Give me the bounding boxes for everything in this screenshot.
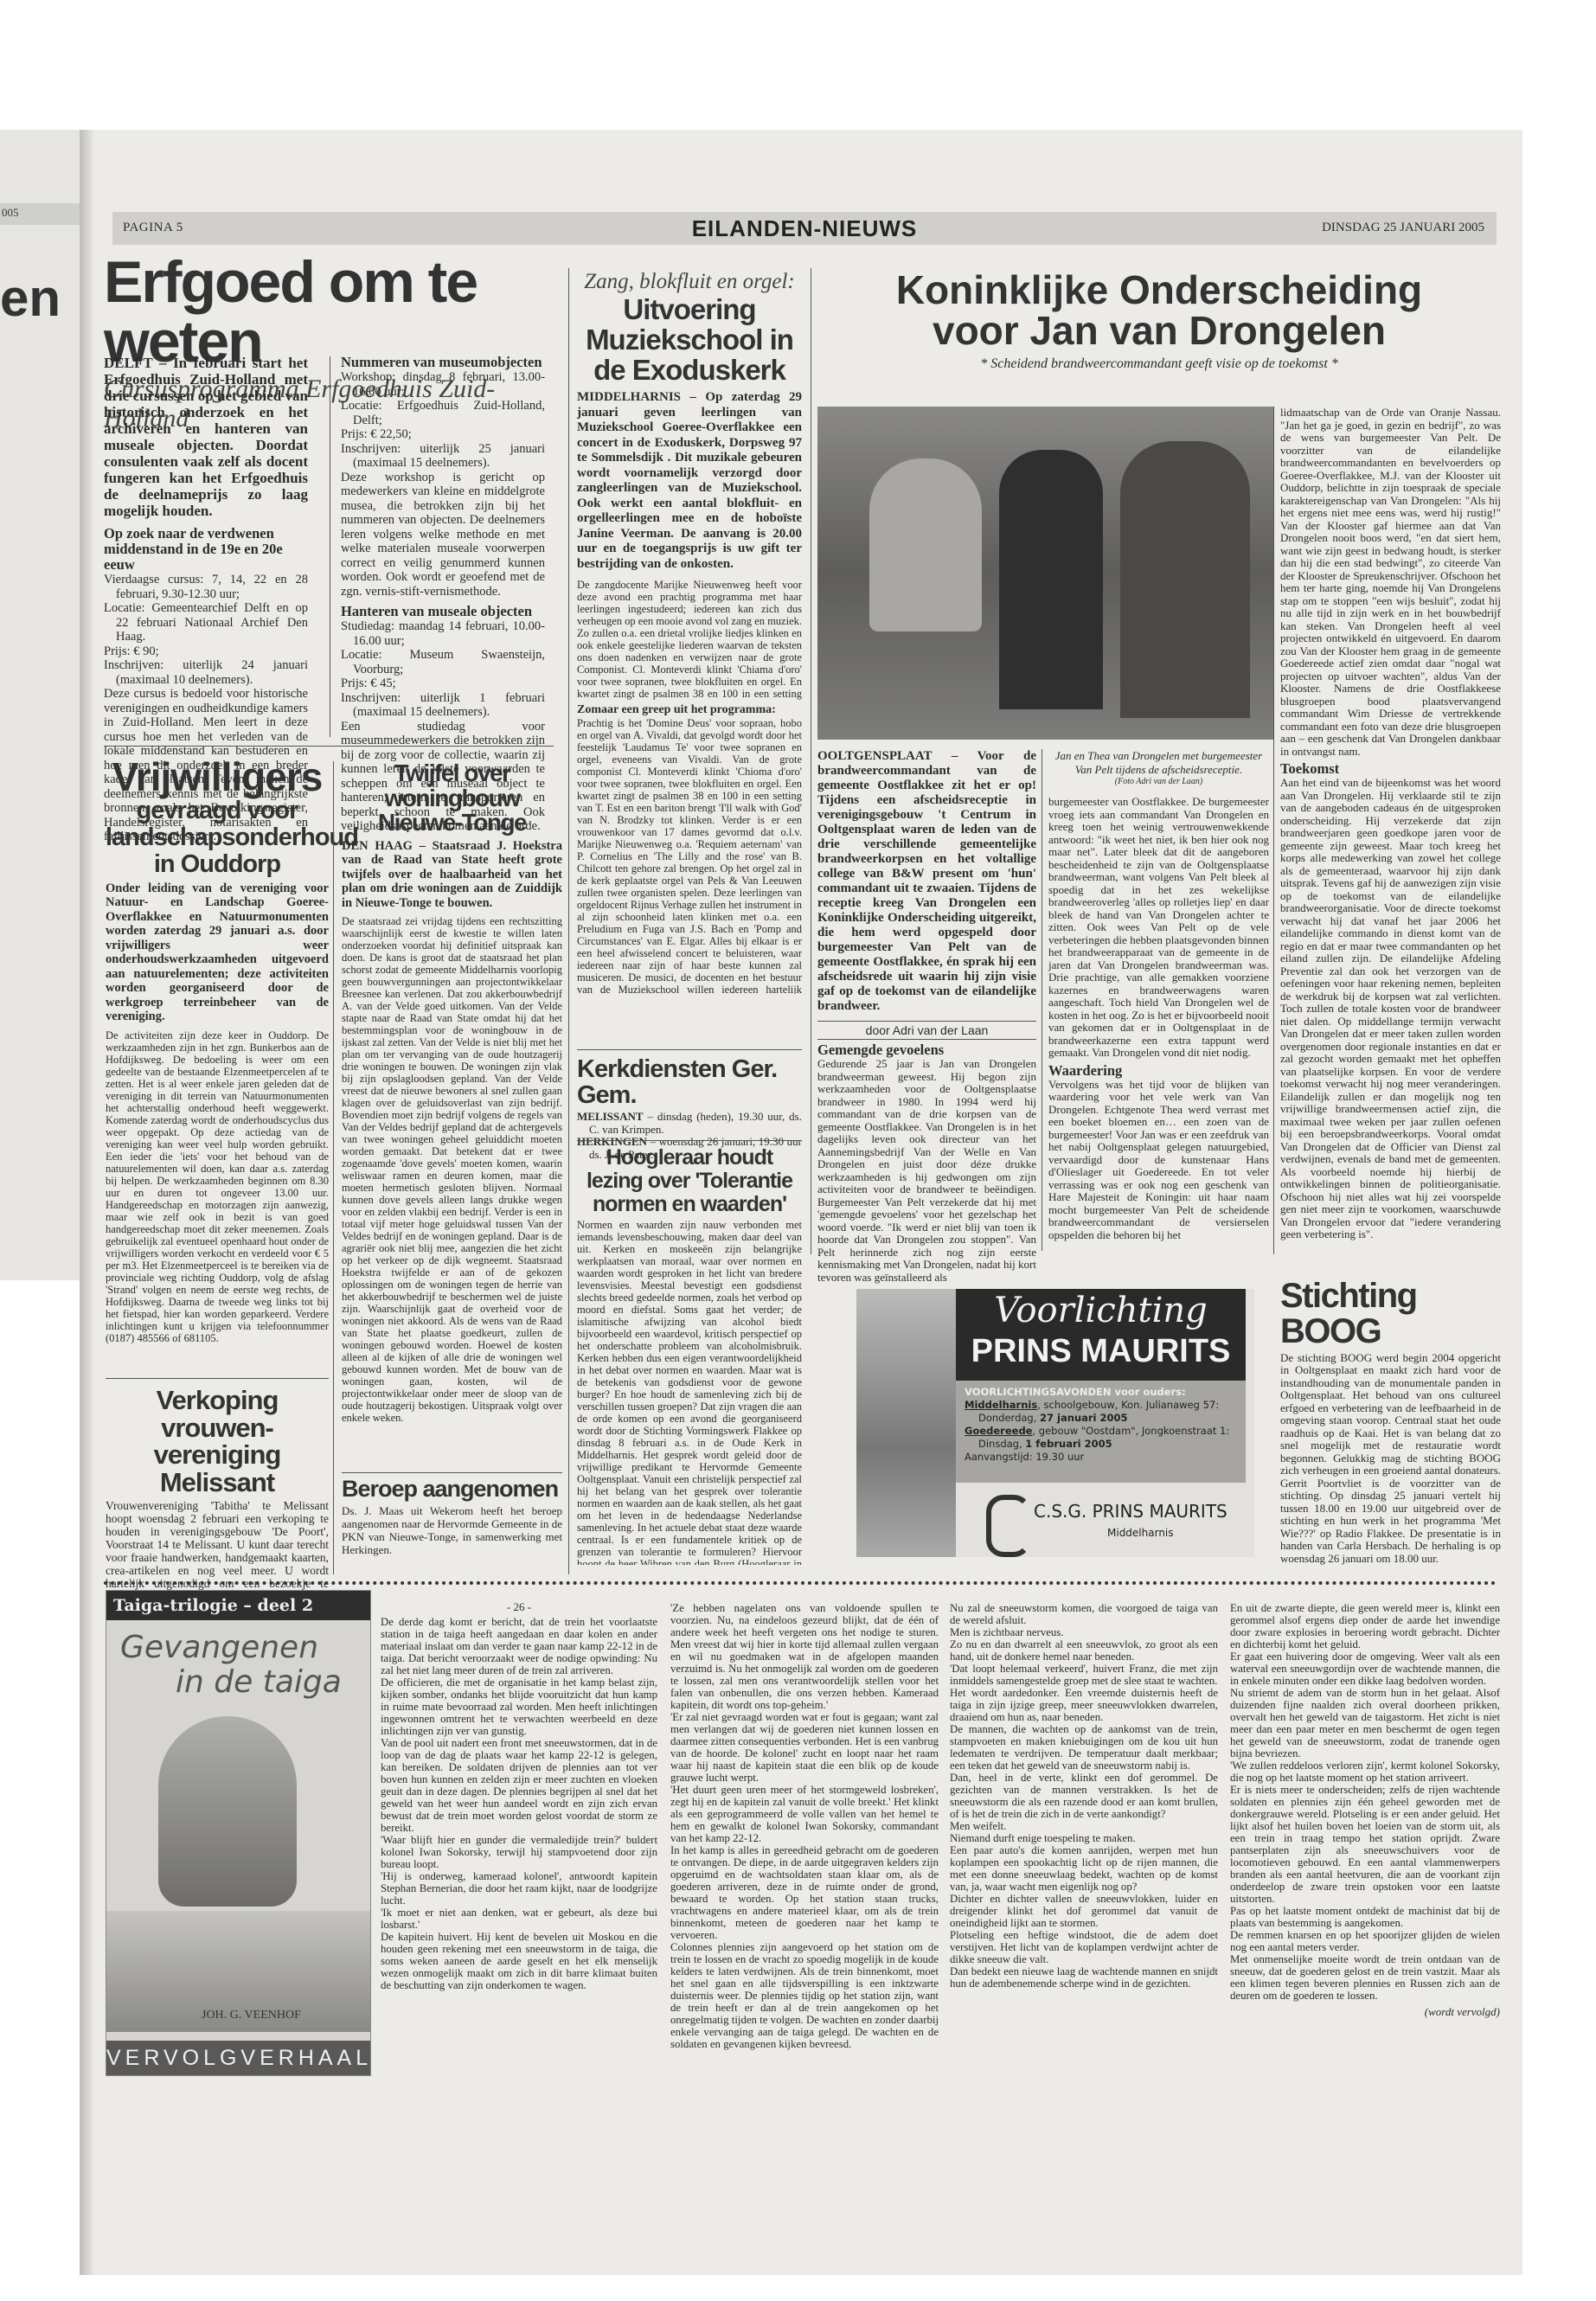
ad-info-panel: VOORLICHTINGSAVONDEN voor ouders: Middel…: [956, 1381, 1246, 1483]
section-heading: Nummeren van museumobjecten: [341, 355, 545, 370]
byline: door Adri van der Laan: [817, 1021, 1036, 1040]
detail-line: Studiedag: maandag 14 februari, 10.00-16…: [341, 619, 545, 648]
headline: Twijfel over woningbouw Nieuwe-Tonge: [342, 761, 562, 836]
detail-line: Locatie: Museum Swaensteijn, Voorburg;: [341, 648, 545, 676]
column-divider: [811, 268, 811, 1254]
article-text: lidmaatschap van de Orde van Oranje Nass…: [1280, 407, 1501, 758]
serial-illustration: Taiga-trilogie – deel 2 Gevangenen in de…: [106, 1590, 371, 2076]
photo-caption: Jan en Thea van Drongelen met burgemeest…: [1048, 749, 1269, 777]
serial-column-1: De derde dag komt er bericht, dat de tre…: [381, 1616, 657, 1991]
ad-event: Middelharnis, schoolgebouw, Kon. Juliana…: [965, 1399, 1237, 1412]
column-divider: [333, 761, 334, 1574]
subheadline: * Scheidend brandweercommandant geeft vi…: [817, 356, 1501, 372]
section-separator-dotted: [104, 1581, 1497, 1588]
detail-line: Locatie: Gemeentearchief Delft en op 22 …: [104, 601, 308, 644]
illustration-woman-portrait: [158, 1716, 297, 1907]
serial-text: De derde dag komt er bericht, dat de tre…: [381, 1616, 657, 1991]
lead-paragraph: DEN HAAG – Staatsraad J. Hoekstra van de…: [342, 839, 562, 911]
article-text: De staatsraad zei vrijdag tijdens een re…: [342, 915, 562, 1424]
previous-page-headline-fragment: en: [0, 268, 61, 328]
issue-date: DINSDAG 25 JANUARI 2005: [1322, 221, 1484, 235]
section-text: Gedurende 25 jaar is Jan van Drongelen b…: [817, 1058, 1036, 1284]
headline: Hoogleraar houdt lezing over 'Tolerantie…: [577, 1146, 802, 1216]
article-text: De stichting BOOG werd begin 2004 opgeri…: [1280, 1352, 1501, 1566]
masthead: PAGINA 5 EILANDEN-NIEUWS DINSDAG 25 JANU…: [112, 212, 1497, 245]
horizontal-rule: [104, 746, 554, 747]
service-place: MELISSANT: [577, 1110, 644, 1123]
section-text: Aan het eind van de bijeenkomst was het …: [1280, 777, 1501, 1241]
article-woningbouw: Twijfel over woningbouw Nieuwe-Tonge DEN…: [342, 761, 562, 1424]
ad-event-day: Donderdag,: [978, 1412, 1040, 1424]
article-beroep: Beroep aangenomen Ds. J. Maas uit Wekero…: [342, 1477, 562, 1556]
photo-figure-mayor: [1120, 441, 1250, 718]
section-heading: Toekomst: [1280, 761, 1501, 777]
photo-figure-woman: [869, 458, 982, 631]
column-divider: [330, 356, 330, 737]
horizontal-rule: [106, 1378, 329, 1379]
ad-intro: VOORLICHTINGSAVONDEN voor ouders:: [965, 1386, 1237, 1399]
article-drongelen-header: Koninklijke Onderscheiding voor Jan van …: [817, 270, 1501, 372]
article-text: Normen en waarden zijn nauw verbonden me…: [577, 1219, 802, 1565]
to-be-continued: (wordt vervolgd): [1230, 2005, 1500, 2019]
serial-series-banner: Taiga-trilogie – deel 2: [106, 1591, 370, 1620]
article-text: Prachtig is het 'Domine Deus' voor sopra…: [577, 717, 802, 994]
section-heading: Zomaar een greep uit het programma:: [577, 703, 802, 717]
serial-text: En uit de zwarte diepte, die geen wereld…: [1230, 1602, 1500, 2002]
lead-paragraph: Onder leiding van de vereniging voor Nat…: [106, 881, 329, 1024]
book-title-line-2: in de taiga: [106, 1665, 370, 1700]
serial-column-2: 'Ze hebben nagelaten ons van voldoende s…: [670, 1602, 939, 2050]
column-divider: [568, 268, 569, 1574]
headline: Beroep aangenomen: [342, 1477, 562, 1502]
ad-start-time: Aanvangstijd: 19.30 uur: [965, 1451, 1237, 1464]
detail-line: Locatie: Erfgoedhuis Zuid-Holland, Delft…: [341, 399, 545, 427]
advertisement-prins-maurits: Voorlichting PRINS MAURITS VOORLICHTINGS…: [856, 1289, 1254, 1557]
headline-line-1: Koninklijke Onderscheiding: [817, 270, 1501, 311]
service-entry: MELISSANT – dinsdag (heden), 19.30 uur, …: [577, 1111, 802, 1136]
article-text: De zangdocente Marijke Nieuwenweg heeft …: [577, 579, 802, 702]
horizontal-rule: [577, 1140, 802, 1141]
section-heading: Op zoek naar de verdwenen middenstand in…: [104, 526, 308, 573]
headline-continuation: gevraagd voor landschapsonderhoud in Oud…: [106, 798, 329, 878]
ad-title-script: Voorlichting: [956, 1289, 1246, 1332]
headline: Kerkdiensten Ger. Gem.: [577, 1057, 802, 1108]
previous-page-date-fragment: 005: [2, 206, 19, 220]
lead-paragraph: OOLTGENSPLAAT – Voor de brandweercommand…: [817, 749, 1036, 1014]
detail-line: Inschrijven: uiterlijk 1 februari (maxim…: [341, 691, 545, 720]
book-title-line-1: Gevangenen: [106, 1620, 370, 1665]
serial-text: 'Ze hebben nagelaten ons van voldoende s…: [670, 1602, 939, 2050]
ad-org-name: C.S.G. PRINS MAURITS: [1034, 1501, 1227, 1522]
article-vrijwilligers: Vrijwilligers gevraagd voor landschapson…: [106, 757, 329, 1344]
photo-credit: (Foto Adri van der Laan): [1048, 777, 1269, 787]
ad-event-date-line: Dinsdag, 1 februari 2005: [965, 1438, 1237, 1451]
article-stichting-boog: Stichting BOOG De stichting BOOG werd be…: [1280, 1279, 1501, 1565]
lead-paragraph: DELFT – In februari start het Erfgoedhui…: [104, 355, 308, 519]
ad-org-location: Middelharnis: [1107, 1527, 1174, 1539]
section-heading: Waardering: [1048, 1063, 1269, 1079]
ad-event-date: 1 februari 2005: [1025, 1438, 1112, 1450]
serial-label: VERVOLGVERHAAL: [106, 2041, 370, 2075]
section-text: Deze workshop is gericht op medewerkers …: [341, 471, 545, 599]
ad-event: Goedereede, gebouw "Oostdam", Jongkoenst…: [965, 1425, 1237, 1438]
horizontal-rule: [577, 1049, 802, 1050]
serial-column-3: Nu zal de sneeuwstorm komen, die voorgoe…: [950, 1602, 1218, 1990]
drongelen-column-2: Jan en Thea van Drongelen met burgemeest…: [1048, 749, 1269, 1241]
headline: Vrijwilligers: [106, 757, 329, 798]
photo-figure-commander: [999, 450, 1103, 709]
ad-event-date-line: Donderdag, 27 januari 2005: [965, 1412, 1237, 1425]
detail-line: Workshop: dinsdag 8 februari, 13.00-16.0…: [341, 370, 545, 399]
section-heading: Gemengde gevoelens: [817, 1042, 1036, 1058]
detail-line: Vierdaagse cursus: 7, 14, 22 en 28 febru…: [104, 573, 308, 601]
article-hoogleraar: Hoogleraar houdt lezing over 'Tolerantie…: [577, 1146, 802, 1565]
ad-event-venue: , schoolgebouw, Kon. Julianaweg 57:: [1037, 1399, 1219, 1411]
ad-event-place: Goedereede: [965, 1425, 1032, 1437]
detail-line: Inschrijven: uiterlijk 24 januari (maxim…: [104, 658, 308, 687]
ad-title-bold: PRINS MAURITS: [956, 1332, 1246, 1370]
ad-event-date: 27 januari 2005: [1040, 1412, 1127, 1424]
illustration-author-signature: JOH. G. VEENHOF: [202, 2009, 301, 2022]
detail-line: Prijs: € 90;: [104, 644, 308, 659]
detail-line: Inschrijven: uiterlijk 25 januari (maxim…: [341, 442, 545, 471]
ad-event-day: Dinsdag,: [978, 1438, 1025, 1450]
school-logo-icon: [986, 1495, 1031, 1557]
ad-event-venue: , gebouw "Oostdam", Jongkoenstraat 1:: [1032, 1425, 1229, 1437]
drongelen-column-1: OOLTGENSPLAAT – Voor de brandweercommand…: [817, 749, 1036, 1284]
ad-photo-climber: [856, 1289, 956, 1557]
kicker: Zang, blokfluit en orgel:: [577, 270, 802, 294]
headline: Uitvoering Muziekschool in de Exoduskerk: [577, 294, 802, 385]
lead-paragraph: MIDDELHARNIS – Op zaterdag 29 januari ge…: [577, 390, 802, 572]
ad-title-banner: Voorlichting PRINS MAURITS: [956, 1289, 1246, 1381]
previous-page-edge: 005 en: [0, 130, 87, 1280]
detail-line: Prijs: € 22,50;: [341, 427, 545, 442]
serial-column-4: En uit de zwarte diepte, die geen wereld…: [1230, 1602, 1500, 2019]
section-heading: Hanteren van museale objecten: [341, 604, 545, 619]
article-text: De activiteiten zijn deze keer in Ouddor…: [106, 1029, 329, 1344]
serial-page-number: - 26 -: [381, 1600, 657, 1614]
horizontal-rule: [342, 1472, 562, 1473]
ad-event-place: Middelharnis: [965, 1399, 1037, 1411]
headline-line-2: voor Jan van Drongelen: [817, 311, 1501, 351]
article-text: burgemeester van Oostflakkee. De burgeme…: [1048, 796, 1269, 1060]
column-divider: [1042, 749, 1042, 1251]
column-divider: [1273, 407, 1274, 1254]
article-muziekschool: Zang, blokfluit en orgel: Uitvoering Muz…: [577, 270, 802, 994]
serial-text: Nu zal de sneeuwstorm komen, die voorgoe…: [950, 1602, 1218, 1990]
article-text: Ds. J. Maas uit Wekerom heeft het beroep…: [342, 1504, 562, 1556]
page-fold-shadow: [80, 130, 93, 2275]
drongelen-column-3: lidmaatschap van de Orde van Oranje Nass…: [1280, 407, 1501, 1241]
section-text: Vervolgens was het tijd voor de blijken …: [1048, 1079, 1269, 1242]
headline: Stichting BOOG: [1280, 1279, 1501, 1349]
detail-line: Prijs: € 45;: [341, 676, 545, 691]
headline: Verkoping vrouwen-vereniging Melissant: [106, 1387, 329, 1496]
newspaper-logo: EILANDEN-NIEUWS: [112, 215, 1497, 242]
photo-van-drongelen-reception: [817, 407, 1273, 740]
